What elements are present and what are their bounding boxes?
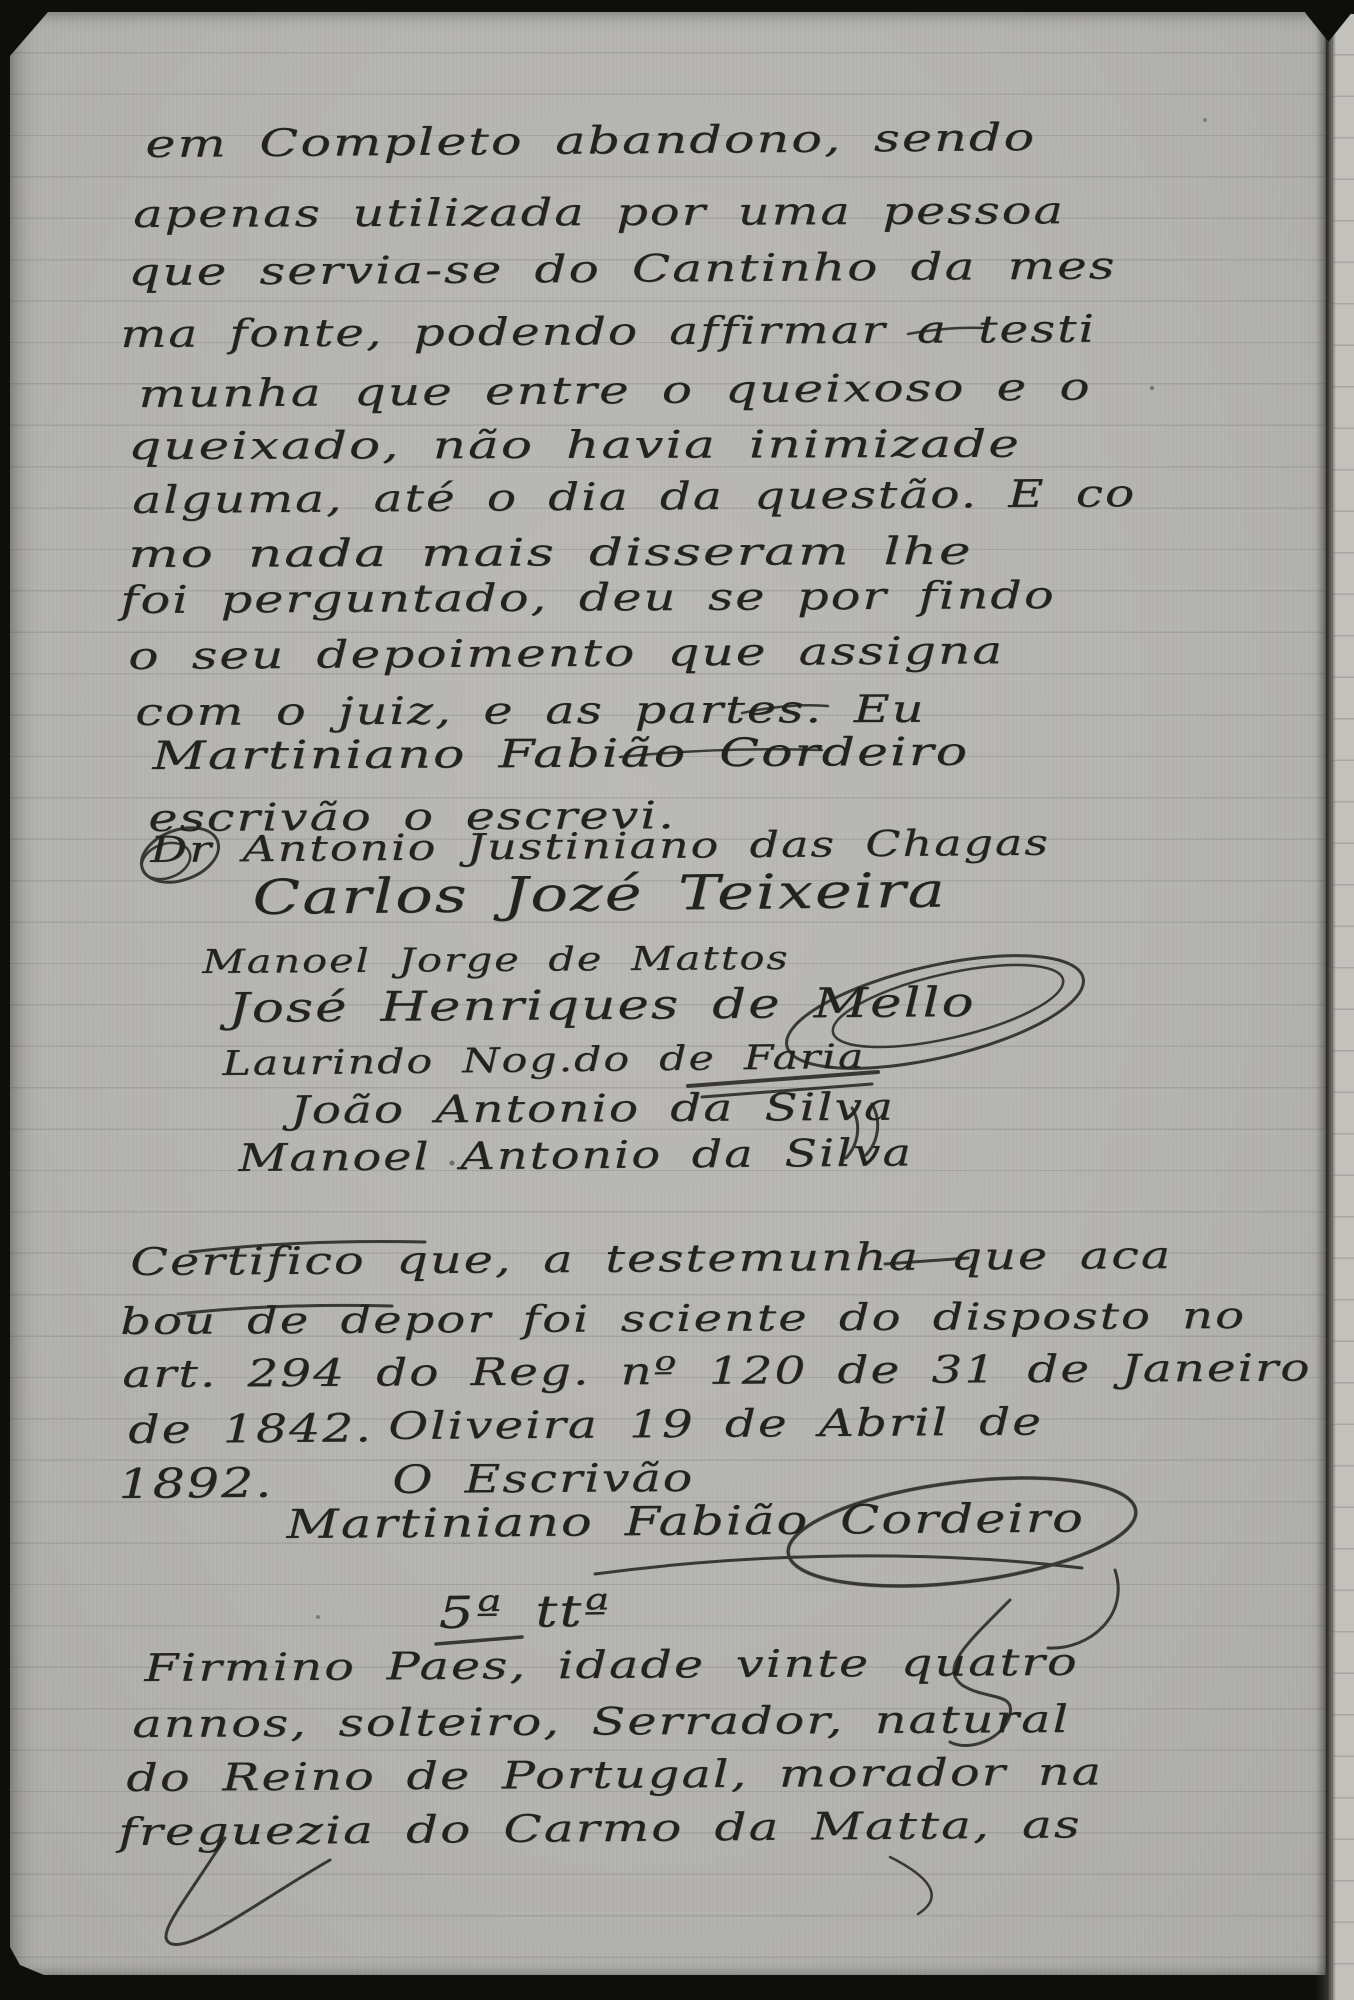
signature-manoel-jorge-de-mattos: Manoel Jorge de Mattos (202, 938, 790, 981)
manuscript-line: com o juiz, e as partes. Eu (135, 687, 926, 734)
clerk-title: O Escrivão (392, 1456, 694, 1503)
signature-laurindo-de-faria: Laurindo Nog.do de Faria (222, 1037, 866, 1084)
witness-line: Firmino Paes, idade vinte quatro (144, 1640, 1079, 1690)
manuscript-line: em Completo abandono, sendo (145, 115, 1036, 166)
witness-line: do Reino de Portugal, morador na (126, 1749, 1103, 1800)
certificate-place-date: Oliveira 19 de Abril de (388, 1400, 1043, 1448)
manuscript-line: ma fonte, podendo affirmar a testi (120, 307, 1096, 356)
certificate-year-1892: 1892. (118, 1459, 273, 1508)
certificate-line: bou de depor foi sciente do disposto no (120, 1294, 1246, 1343)
manuscript-line: queixado, não havia inimizade (128, 422, 1021, 468)
section-heading-fifth-witness: 5ª ttª (438, 1586, 612, 1639)
manuscript-line: alguma, até o dia da questão. E co (132, 471, 1136, 522)
manuscript-line: que servia-se do Cantinho da mes (128, 243, 1117, 294)
signature-jose-henriques-de-mello: José Henriques de Mello (228, 978, 976, 1032)
adjacent-page-edge (1333, 14, 1354, 2000)
signature-martiniano-fabiao-cordeiro: Martiniano Fabião Cordeiro (286, 1495, 1085, 1548)
manuscript-line: mo nada mais disseram lhe (128, 529, 973, 576)
signature-joao-antonio-da-silva: João Antonio da Silva (290, 1085, 895, 1132)
signature-carlos-joze-teixeira: Carlos Jozé Teixeira (252, 863, 947, 926)
manuscript-line: foi perguntado, deu se por findo (120, 573, 1056, 622)
certificate-year-1842: de 1842. (128, 1406, 373, 1453)
manuscript-line: munha que entre o queixoso e o (138, 364, 1092, 416)
page-fold-shadow (1316, 10, 1336, 2000)
witness-line: freguezia do Carmo da Matta, as (118, 1802, 1082, 1854)
signature-manoel-antonio-da-silva: Manoel Antonio da Silva (238, 1130, 913, 1180)
clerk-name-line: Martiniano Fabião Cordeiro (152, 730, 969, 779)
manuscript-line: apenas utilizada por uma pessoa (133, 188, 1065, 236)
manuscript-line: o seu depoimento que assigna (128, 628, 1004, 678)
certificate-line: art. 294 do Reg. nº 120 de 31 de Janeiro (122, 1346, 1312, 1396)
witness-line: annos, solteiro, Serrador, natural (132, 1697, 1070, 1746)
certificate-line: Certifico que, a testemunha que aca (130, 1233, 1172, 1284)
scan-background: em Completo abandono, sendo apenas utili… (0, 0, 1354, 2000)
